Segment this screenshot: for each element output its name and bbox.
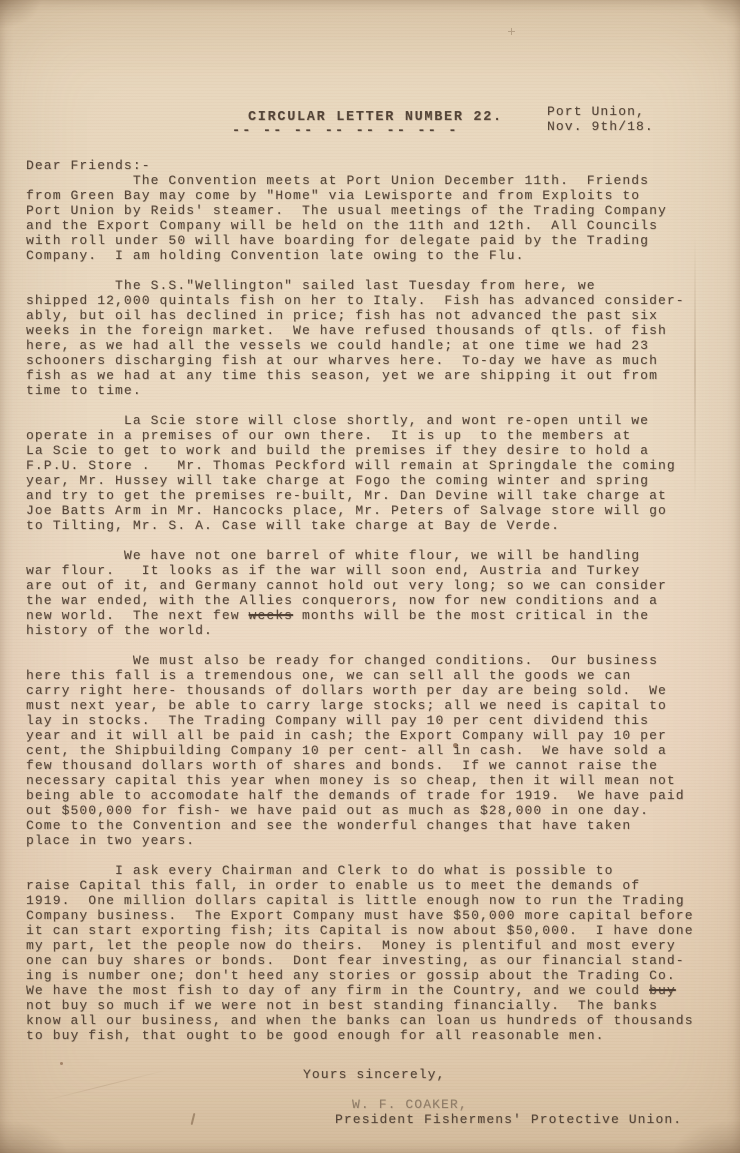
letter-line: and try to get the premises re-built, Mr… xyxy=(26,488,726,503)
letter-line: We have the most fish to day of any firm… xyxy=(26,983,726,998)
letter-line: to buy fish, that ought to be good enoug… xyxy=(26,1028,726,1043)
letter-line: with roll under 50 will have boarding fo… xyxy=(26,233,726,248)
letter-line: The S.S."Wellington" sailed last Tuesday… xyxy=(26,278,726,293)
letter-line: know all our business, and when the bank… xyxy=(26,1013,726,1028)
letter-line: out $500,000 for fish- we have paid out … xyxy=(26,803,726,818)
letter-line: carry right here- thousands of dollars w… xyxy=(26,683,726,698)
signature-name: W. F. COAKER, xyxy=(352,1097,468,1112)
paragraph: The S.S."Wellington" sailed last Tuesday… xyxy=(26,278,726,398)
letter-line: few thousand dollars worth of shares and… xyxy=(26,758,726,773)
letter-line: here, as we had all the vessels we could… xyxy=(26,338,726,353)
letter-line: and the Export Company will be held on t… xyxy=(26,218,726,233)
letter-line: We have not one barrel of white flour, w… xyxy=(26,548,726,563)
letter-line: cent, the Shipbuilding Company 10 per ce… xyxy=(26,743,726,758)
paragraph: We must also be ready for changed condit… xyxy=(26,653,726,848)
paragraph: I ask every Chairman and Clerk to do wha… xyxy=(26,863,726,1043)
letter-line: are out of it, and Germany cannot hold o… xyxy=(26,578,726,593)
signature-title: President Fishermens' Protective Union. xyxy=(335,1112,682,1127)
letter-line: ing is number one; don't heed any storie… xyxy=(26,968,726,983)
letter-line: not buy so much if we were not in best s… xyxy=(26,998,726,1013)
letter-line: lay in stocks. The Trading Company will … xyxy=(26,713,726,728)
letter-title: CIRCULAR LETTER NUMBER 22. xyxy=(248,110,503,125)
letter-line: operate in a premises of our own there. … xyxy=(26,428,726,443)
closing-line: Yours sincerely, xyxy=(303,1067,445,1082)
letter-line: raise Capital this fall, in order to ena… xyxy=(26,878,726,893)
paragraph: La Scie store will close shortly, and wo… xyxy=(26,413,726,533)
letter-line: my part, let the people now do theirs. M… xyxy=(26,938,726,953)
letter-line: weeks in the foreign market. We have ref… xyxy=(26,323,726,338)
letter-line: here this fall is a tremendous one, we c… xyxy=(26,668,726,683)
letter-line: new world. The next few weeks months wil… xyxy=(26,608,726,623)
letter-line: being able to accomodate half the demand… xyxy=(26,788,726,803)
letter-line: place in two years. xyxy=(26,833,726,848)
letter-line: must next year, be able to carry large s… xyxy=(26,698,726,713)
struck-out-word: buy xyxy=(649,983,676,998)
letter-line: Company. I am holding Convention late ow… xyxy=(26,248,726,263)
paper-speck xyxy=(60,1062,63,1065)
letter-line: year, Mr. Hussey will take charge at Fog… xyxy=(26,473,726,488)
letter-line: La Scie to get to work and build the pre… xyxy=(26,443,726,458)
letter-line: F.P.U. Store . Mr. Thomas Peckford will … xyxy=(26,458,726,473)
letter-line: We must also be ready for changed condit… xyxy=(26,653,726,668)
letter-line: 1919. One million dollars capital is lit… xyxy=(26,893,726,908)
title-underline-dashes: -- -- -- -- -- -- -- - xyxy=(232,124,459,139)
letter-line: Port Union by Reids' steamer. The usual … xyxy=(26,203,726,218)
scanned-letter: CIRCULAR LETTER NUMBER 22. -- -- -- -- -… xyxy=(0,0,740,1153)
letter-line: schooners discharging fish at our wharve… xyxy=(26,353,726,368)
paragraph: The Convention meets at Port Union Decem… xyxy=(26,173,726,263)
letter-line: fish as we had at any time this season, … xyxy=(26,368,726,383)
letter-line: I ask every Chairman and Clerk to do wha… xyxy=(26,863,726,878)
letter-line: La Scie store will close shortly, and wo… xyxy=(26,413,726,428)
dateline-block: Port Union, Nov. 9th/18. xyxy=(547,104,654,134)
pencil-plus-mark xyxy=(508,28,515,35)
letter-line: Joe Batts Arm in Mr. Hancocks place, Mr.… xyxy=(26,503,726,518)
struck-out-word: weeks xyxy=(249,608,294,623)
place-line: Port Union, xyxy=(547,104,654,119)
letter-line: necessary capital this year when money i… xyxy=(26,773,726,788)
letter-line: to Tilting, Mr. S. A. Case will take cha… xyxy=(26,518,726,533)
letter-paragraphs: The Convention meets at Port Union Decem… xyxy=(26,173,726,1043)
letter-line: The Convention meets at Port Union Decem… xyxy=(26,173,726,188)
letter-line: Come to the Convention and see the wonde… xyxy=(26,818,726,833)
letter-line: year and it will all be paid in cash; th… xyxy=(26,728,726,743)
letter-line: it can start exporting fish; its Capital… xyxy=(26,923,726,938)
letter-line: history of the world. xyxy=(26,623,726,638)
letter-line: shipped 12,000 quintals fish on her to I… xyxy=(26,293,726,308)
letter-line: the war ended, with the Allies conqueror… xyxy=(26,593,726,608)
letter-line: Company business. The Export Company mus… xyxy=(26,908,726,923)
paragraph: We have not one barrel of white flour, w… xyxy=(26,548,726,638)
letter-line: war flour. It looks as if the war will s… xyxy=(26,563,726,578)
letter-line: time to time. xyxy=(26,383,726,398)
letter-body: Dear Friends:- The Convention meets at P… xyxy=(26,158,726,1043)
letter-line: ably, but oil has declined in price; fis… xyxy=(26,308,726,323)
salutation: Dear Friends:- xyxy=(26,158,726,173)
letter-line: from Green Bay may come by "Home" via Le… xyxy=(26,188,726,203)
letter-line: one can buy shares or bonds. Dont fear i… xyxy=(26,953,726,968)
date-line: Nov. 9th/18. xyxy=(547,119,654,134)
